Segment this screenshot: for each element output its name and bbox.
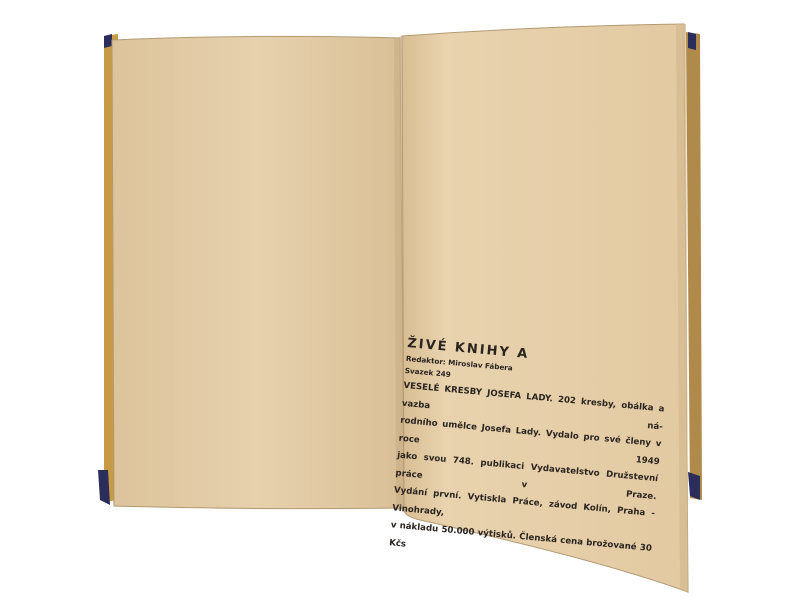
left-page <box>112 36 404 508</box>
photo-scene: ŽIVÉ KNIHY A Redaktor: Miroslav Fábera S… <box>0 0 806 600</box>
colophon-text: ŽIVÉ KNIHY A Redaktor: Miroslav Fábera S… <box>388 336 696 578</box>
colophon-paragraph: VESELÉ KRESBY JOSEFA LADY. 202 kresby, o… <box>388 378 665 576</box>
